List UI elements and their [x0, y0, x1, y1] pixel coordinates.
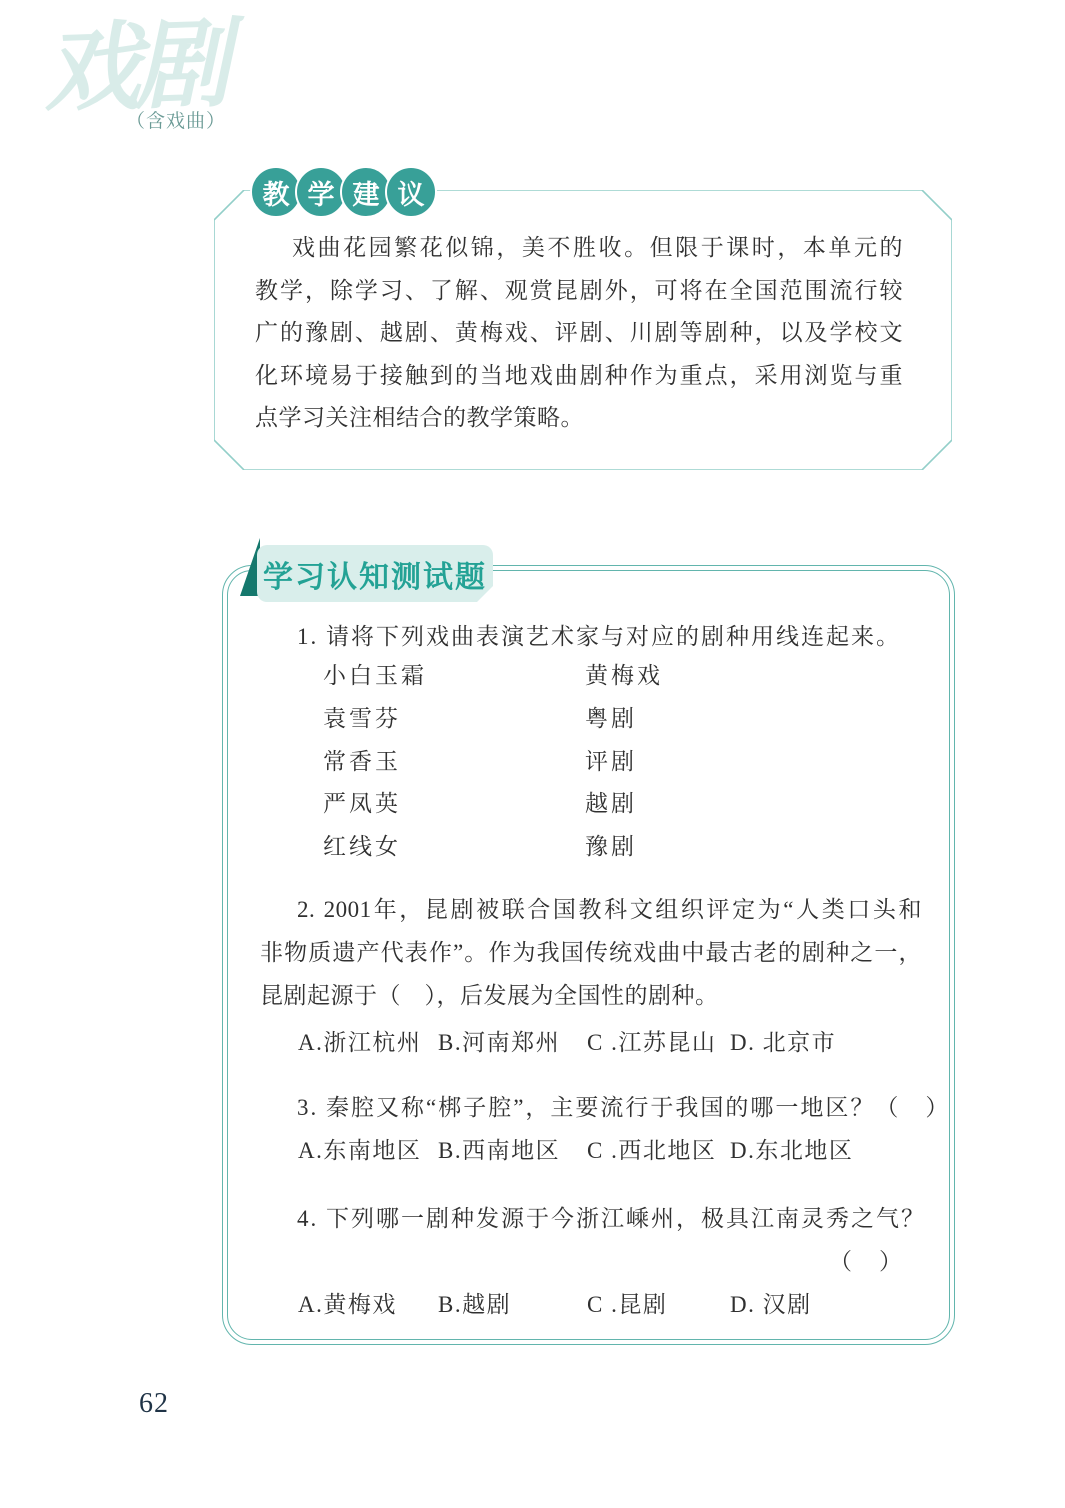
artist-name: 袁雪芬 — [323, 702, 401, 735]
header-char-circle: 议 — [385, 166, 437, 218]
opera-genre: 豫剧 — [585, 830, 637, 863]
option-a: A.黄梅戏 — [298, 1288, 397, 1321]
question-line: 昆剧起源于（ ），后发展为全国性的剧种。 — [260, 974, 922, 1017]
opera-genre: 黄梅戏 — [585, 659, 663, 692]
question-4-options: A.黄梅戏 B.越剧 C .昆剧 D. 汉剧 — [260, 1288, 922, 1321]
opera-genre: 评剧 — [585, 745, 637, 778]
option-b: B.西南地区 — [438, 1134, 560, 1167]
paragraph-line: 戏曲花园繁花似锦，美不胜收。但限于课时，本单元的 — [255, 227, 903, 270]
option-c: C .西北地区 — [587, 1134, 716, 1167]
question-3-prompt: 3. 秦腔又称“梆子腔”，主要流行于我国的哪一地区？（ ） — [297, 1091, 950, 1124]
opera-genre: 越剧 — [585, 787, 637, 820]
book-logo: 戏剧 （含戏曲） — [44, 30, 284, 150]
option-b: B.河南郑州 — [438, 1026, 560, 1059]
artist-name: 常香玉 — [323, 745, 401, 778]
question-4-answer-blank: （ ） — [829, 1245, 904, 1278]
question-2-options: A.浙江杭州 B.河南郑州 C .江苏昆山 D. 北京市 — [260, 1026, 922, 1059]
option-c: C .江苏昆山 — [587, 1026, 716, 1059]
textbook-page: { "logo": { "title": "戏剧", "subtitle": "… — [0, 0, 1065, 1508]
option-d: D. 北京市 — [730, 1026, 836, 1059]
option-c: C .昆剧 — [587, 1288, 667, 1321]
paragraph-line: 广的豫剧、越剧、黄梅戏、评剧、川剧等剧种，以及学校文 — [255, 312, 903, 355]
teaching-suggestion-box: 教 学 建 议 戏曲花园繁花似锦，美不胜收。但限于课时，本单元的 教学，除学习、… — [214, 190, 952, 470]
paragraph-line: 化环境易于接触到的当地戏曲剧种作为重点，采用浏览与重 — [255, 355, 903, 398]
option-d: D.东北地区 — [730, 1134, 853, 1167]
artist-name: 严凤英 — [323, 787, 401, 820]
question-1-prompt: 1. 请将下列戏曲表演艺术家与对应的剧种用线连起来。 — [297, 620, 901, 653]
paragraph-line: 教学，除学习、了解、观赏昆剧外，可将在全国范围流行较 — [255, 270, 903, 313]
opera-genre: 粤剧 — [585, 702, 637, 735]
option-b: B.越剧 — [438, 1288, 511, 1321]
option-a: A.东南地区 — [298, 1134, 421, 1167]
teaching-suggestion-paragraph: 戏曲花园繁花似锦，美不胜收。但限于课时，本单元的 教学，除学习、了解、观赏昆剧外… — [255, 227, 903, 440]
book-logo-subtitle: （含戏曲） — [126, 106, 226, 133]
option-a: A.浙江杭州 — [298, 1026, 421, 1059]
question-3-options: A.东南地区 B.西南地区 C .西北地区 D.东北地区 — [260, 1134, 922, 1167]
artist-name: 小白玉霜 — [323, 659, 427, 692]
question-2-prompt: 2. 2001年，昆剧被联合国教科文组织评定为“人类口头和 非物质遗产代表作”。… — [260, 888, 922, 1017]
question-line: 非物质遗产代表作”。作为我国传统戏曲中最古老的剧种之一， — [260, 931, 922, 974]
question-line: 2. 2001年，昆剧被联合国教科文组织评定为“人类口头和 — [260, 888, 922, 931]
page-number: 62 — [139, 1388, 169, 1420]
book-logo-title: 戏剧 — [42, 17, 225, 119]
quiz-content: 1. 请将下列戏曲表演艺术家与对应的剧种用线连起来。 小白玉霜 黄梅戏 袁雪芬 … — [260, 565, 922, 1343]
paragraph-line: 点学习关注相结合的教学策略。 — [255, 397, 903, 440]
option-d: D. 汉剧 — [730, 1288, 812, 1321]
teaching-suggestion-header: 教 学 建 议 — [250, 166, 437, 218]
question-4-prompt: 4. 下列哪一剧种发源于今浙江嵊州，极具江南灵秀之气？ — [297, 1202, 926, 1235]
artist-name: 红线女 — [323, 830, 401, 863]
